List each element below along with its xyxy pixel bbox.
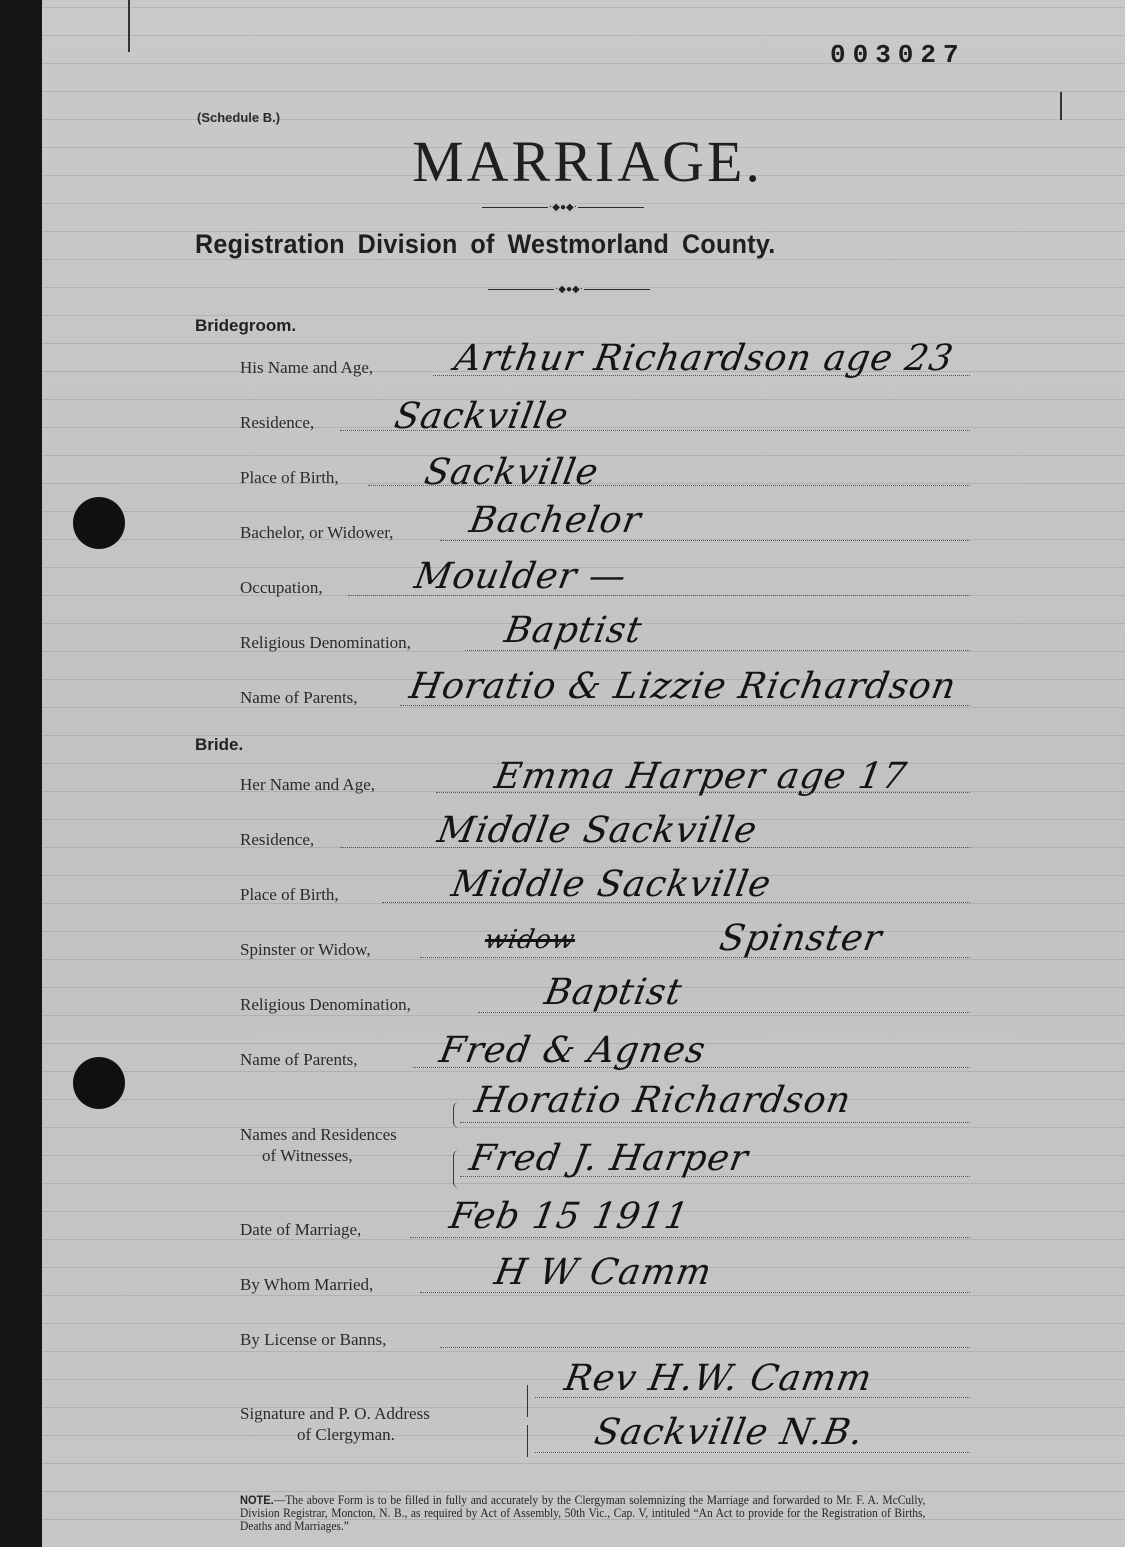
field-label: By Whom Married,: [240, 1275, 373, 1295]
ornament-divider: ·◆●◆·: [482, 203, 644, 213]
bride-religion[interactable]: Baptist: [541, 972, 685, 1013]
bride-name-age[interactable]: Emma Harper age 17: [491, 756, 910, 797]
groom-occupation[interactable]: Moulder —: [411, 556, 629, 597]
bracket: [527, 1425, 528, 1457]
groom-marital-status[interactable]: Bachelor: [466, 500, 644, 541]
field-label: Residence,: [240, 413, 314, 433]
note-heading: NOTE.: [240, 1493, 274, 1507]
witnesses-label: Names and Residences: [240, 1125, 397, 1145]
bride-place-of-birth[interactable]: Middle Sackville: [448, 864, 774, 905]
section-bridegroom: Bridegroom.: [195, 316, 296, 336]
ornament-divider: ·◆●◆·: [488, 285, 650, 295]
registration-division: Registration Division of Westmorland Cou…: [195, 229, 776, 260]
punch-hole-top: [73, 497, 125, 549]
witness-1[interactable]: Horatio Richardson: [471, 1080, 854, 1121]
bride-marital-status[interactable]: Spinster: [716, 918, 885, 959]
groom-parents[interactable]: Horatio & Lizzie Richardson: [406, 666, 959, 707]
field-label: His Name and Age,: [240, 358, 373, 378]
officiant-name[interactable]: H W Camm: [491, 1252, 715, 1293]
section-bride: Bride.: [195, 735, 243, 755]
fill-line: [410, 1237, 970, 1238]
field-label: Her Name and Age,: [240, 775, 375, 795]
field-label: Bachelor, or Widower,: [240, 523, 393, 543]
brace: [453, 1150, 462, 1188]
field-label: Occupation,: [240, 578, 323, 598]
groom-place-of-birth[interactable]: Sackville: [421, 452, 602, 493]
field-label: By License or Banns,: [240, 1330, 386, 1350]
marriage-date[interactable]: Feb 15 1911: [446, 1196, 692, 1237]
witness-2[interactable]: Fred J. Harper: [466, 1138, 751, 1179]
schedule-label: (Schedule B.): [197, 110, 280, 125]
groom-name-age[interactable]: Arthur Richardson age 23: [451, 338, 956, 379]
clergyman-label: Signature and P. O. Address: [240, 1404, 430, 1424]
clergyman-signature[interactable]: Rev H.W. Camm: [561, 1358, 875, 1399]
field-label: Residence,: [240, 830, 314, 850]
groom-religion[interactable]: Baptist: [501, 610, 645, 651]
field-label: Spinster or Widow,: [240, 940, 371, 960]
field-label: Place of Birth,: [240, 885, 339, 905]
groom-residence[interactable]: Sackville: [391, 396, 572, 437]
punch-hole-bottom: [73, 1057, 125, 1109]
field-label: Religious Denomination,: [240, 995, 411, 1015]
field-label: Name of Parents,: [240, 1050, 358, 1070]
bride-residence[interactable]: Middle Sackville: [434, 810, 760, 851]
field-label: Name of Parents,: [240, 688, 358, 708]
bracket: [527, 1385, 528, 1417]
pen-mark: [1060, 92, 1062, 120]
clergyman-address[interactable]: Sackville N.B.: [591, 1412, 867, 1453]
field-label: Religious Denomination,: [240, 633, 411, 653]
binding-edge: [0, 0, 42, 1547]
field-label: Place of Birth,: [240, 468, 339, 488]
document-number: 003027: [830, 40, 966, 70]
field-label: Date of Marriage,: [240, 1220, 361, 1240]
note-text: —The above Form is to be filled in fully…: [240, 1493, 925, 1533]
witnesses-label-2: of Witnesses,: [262, 1146, 353, 1166]
bride-status-struck: widow: [482, 925, 577, 955]
bride-parents[interactable]: Fred & Agnes: [436, 1030, 709, 1071]
fill-line: [420, 957, 970, 958]
pen-mark: [128, 0, 130, 52]
fill-line: [460, 1122, 970, 1123]
form-title: MARRIAGE.: [0, 128, 1125, 195]
brace: [453, 1102, 462, 1128]
fill-line: [440, 1347, 970, 1348]
clergyman-label-2: of Clergyman.: [297, 1425, 395, 1445]
form-note: NOTE.—The above Form is to be filled in …: [240, 1494, 925, 1533]
